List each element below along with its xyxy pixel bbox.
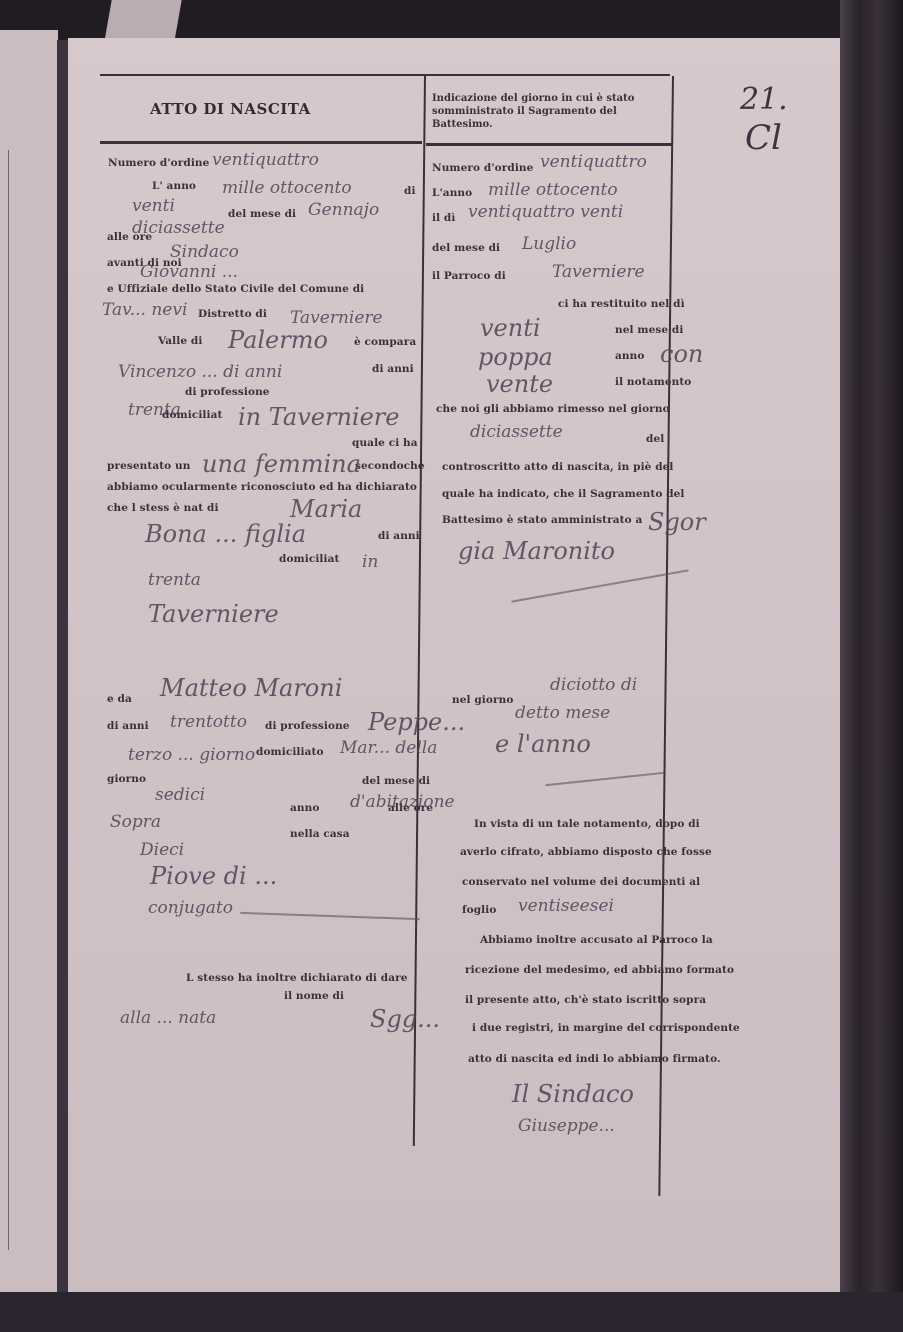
r-label-rimesso: che noi gli abbiamo rimesso nel giorno	[436, 403, 670, 415]
page-tab	[104, 0, 181, 42]
r-label-a2: ricezione del medesimo, ed abbiamo forma…	[465, 964, 734, 976]
label-di: di	[404, 185, 416, 197]
label-numero-ordine: Numero d'ordine	[108, 157, 209, 169]
r-label-giorno: nel giorno	[452, 694, 513, 706]
hw-extra-2: conjugato	[148, 898, 233, 918]
hw-anni: trenta	[148, 570, 201, 590]
hw-avanti-1: Sindaco	[170, 242, 239, 262]
hw-giorno-3-anno: d'abitazione	[350, 792, 455, 812]
label-mese-2: del mese di	[362, 775, 430, 787]
r-label-a4: i due registri, in margine del corrispon…	[472, 1022, 740, 1034]
r-label-a1: Abbiamo inoltre accusato al Parroco la	[480, 934, 713, 946]
label-casa: nella casa	[290, 828, 350, 840]
label-distretto: Distretto di	[198, 308, 267, 320]
header-rule-left	[100, 141, 422, 144]
r-label-p3: Battesimo è stato amministrato a	[442, 514, 642, 526]
r-hw-rimesso: diciassette	[470, 422, 563, 442]
hw-distretto: Taverniere	[290, 308, 383, 328]
r-label-a3: il presente atto, ch'è stato iscritto so…	[465, 994, 706, 1006]
hw-giorno-3: Sopra	[110, 812, 161, 832]
label-compara: è compara	[354, 336, 416, 348]
hw-professione-padre: Peppe...	[368, 708, 465, 736]
baptism-header: Indicazione del giorno in cui è stato so…	[432, 92, 672, 131]
r-label-il-di: il dì	[432, 212, 455, 224]
label-e-da: e da	[107, 693, 132, 705]
r-hw-giorno-2: detto mese	[515, 703, 610, 723]
r-hw-restituito: venti	[480, 314, 541, 342]
r-label-anno: L'anno	[432, 187, 472, 199]
r-hw-notamento-1: poppa	[478, 343, 553, 371]
r-hw-giorno-1: diciotto di	[550, 675, 637, 695]
r-hw-anno: mille ottocento	[488, 180, 618, 200]
r-label-v2: averlo cifrato, abbiamo disposto che fos…	[460, 846, 712, 858]
hw-nat-1: Maria	[290, 495, 362, 523]
label-secondoche: secondochè	[355, 460, 425, 472]
corner-letter-annotation: Cl	[745, 118, 782, 158]
label-anno-2: anno	[290, 802, 319, 814]
label-giorno: giorno	[107, 773, 146, 785]
hw-mese: Gennajo	[308, 200, 379, 220]
r-label-v1: In vista di un tale notamento, dopo di	[474, 818, 700, 830]
r-hw-parroco: Taverniere	[552, 262, 645, 282]
hw-presentato: una femmina	[202, 450, 361, 478]
r-label-anno-2: anno	[615, 350, 644, 362]
hw-giorno-1: terzo ... giorno	[128, 745, 255, 765]
hw-anno-1: mille ottocento	[222, 178, 352, 198]
label-mese: del mese di	[228, 208, 296, 220]
top-rule	[100, 74, 670, 76]
hw-nome-2: Sgg...	[370, 1005, 440, 1033]
label-nome: il nome di	[284, 990, 344, 1002]
label-nat: che l stess è nat di	[107, 502, 219, 514]
label-ufficiale: e Uffiziale dello Stato Civile del Comun…	[107, 283, 364, 295]
label-anni-3: di anni	[107, 720, 149, 732]
label-valle: Valle di	[158, 335, 202, 347]
label-presentato: presentato un	[107, 460, 191, 472]
r-label-mese: del mese di	[432, 242, 500, 254]
r-label-restituito: ci ha restituito nel dì	[558, 298, 685, 310]
hw-giorno-4: Dieci	[140, 840, 184, 860]
background-right	[840, 0, 903, 1332]
hw-padre: Matteo Maroni	[160, 674, 342, 702]
label-professione-2: di professione	[265, 720, 350, 732]
hw-nat-2: Bona ... figlia	[145, 520, 306, 548]
r-label-numero-ordine: Numero d'ordine	[432, 162, 533, 174]
label-anno: L' anno	[152, 180, 196, 192]
r-hw-battezzato-1: Sgor	[648, 508, 706, 536]
label-domiciliat-2: domiciliat	[279, 553, 339, 565]
hw-anno-2: venti	[132, 196, 175, 216]
label-quale: quale ci ha	[352, 437, 418, 449]
r-hw-foglio: ventiseesei	[518, 896, 614, 916]
signature-name: Giuseppe...	[518, 1116, 615, 1136]
r-label-del: del	[646, 433, 664, 445]
hw-anni-padre: trentotto	[170, 712, 247, 732]
hw-giorno-2: sedici	[155, 785, 205, 805]
hw-domicilio-2: in	[362, 552, 378, 572]
r-hw-mese: Luglio	[522, 234, 576, 254]
hw-extra-1: Piove di ...	[150, 862, 277, 890]
left-page-rule	[8, 150, 9, 1250]
hw-compara: Vincenzo ... di anni	[118, 362, 282, 382]
hw-ore: diciassette	[132, 218, 225, 238]
r-label-notamento: il notamento	[615, 376, 691, 388]
label-stesso: L stesso ha inoltre dichiarato di dare	[186, 972, 408, 984]
label-anni-2: di anni	[378, 530, 420, 542]
hw-professione: trenta	[128, 400, 181, 420]
background-bottom	[0, 1292, 903, 1332]
r-label-a5: atto di nascita ed indi lo abbiamo firma…	[468, 1053, 721, 1065]
hw-numero-ordine: ventiquattro	[212, 150, 319, 170]
hw-domiciliato: Mar... della	[340, 738, 437, 758]
hw-domicilio: in Taverniere	[238, 403, 399, 431]
r-label-p1: controscritto atto di nascita, in piè de…	[442, 461, 674, 473]
r-hw-numero-ordine: ventiquattro	[540, 152, 647, 172]
label-professione: di professione	[185, 386, 270, 398]
hw-luogo: Taverniere	[148, 600, 279, 628]
hw-valle: Palermo	[228, 326, 328, 354]
hw-nome-1: alla ... nata	[120, 1008, 216, 1028]
hw-comune: Tav... nevi	[102, 300, 187, 320]
hw-avanti-2: Giovanni ...	[140, 262, 238, 282]
r-hw-anno-2: con	[660, 340, 703, 368]
header-rule-right	[426, 143, 672, 146]
r-label-v4: foglio	[462, 904, 496, 916]
r-hw-battezzato-2: gia Maronito	[458, 537, 615, 565]
r-hw-giorno-3: e l'anno	[495, 730, 591, 758]
label-domiciliato: domiciliato	[256, 746, 324, 758]
r-label-parroco: il Parroco di	[432, 270, 506, 282]
page-number-annotation: 21.	[740, 82, 788, 117]
r-label-mese-2: nel mese di	[615, 324, 683, 336]
signature-sindaco: Il Sindaco	[512, 1080, 634, 1108]
r-hw-il-di: ventiquattro venti	[468, 202, 623, 222]
document-title: ATTO DI NASCITA	[150, 100, 311, 118]
r-label-p2: quale ha indicato, che il Sagramento del	[442, 488, 685, 500]
label-anni: di anni	[372, 363, 414, 375]
label-riconosciuto: abbiamo ocularmente riconosciuto ed ha d…	[107, 481, 417, 493]
r-label-v3: conservato nel volume dei documenti al	[462, 876, 700, 888]
r-hw-notamento-2: vente	[486, 370, 553, 398]
